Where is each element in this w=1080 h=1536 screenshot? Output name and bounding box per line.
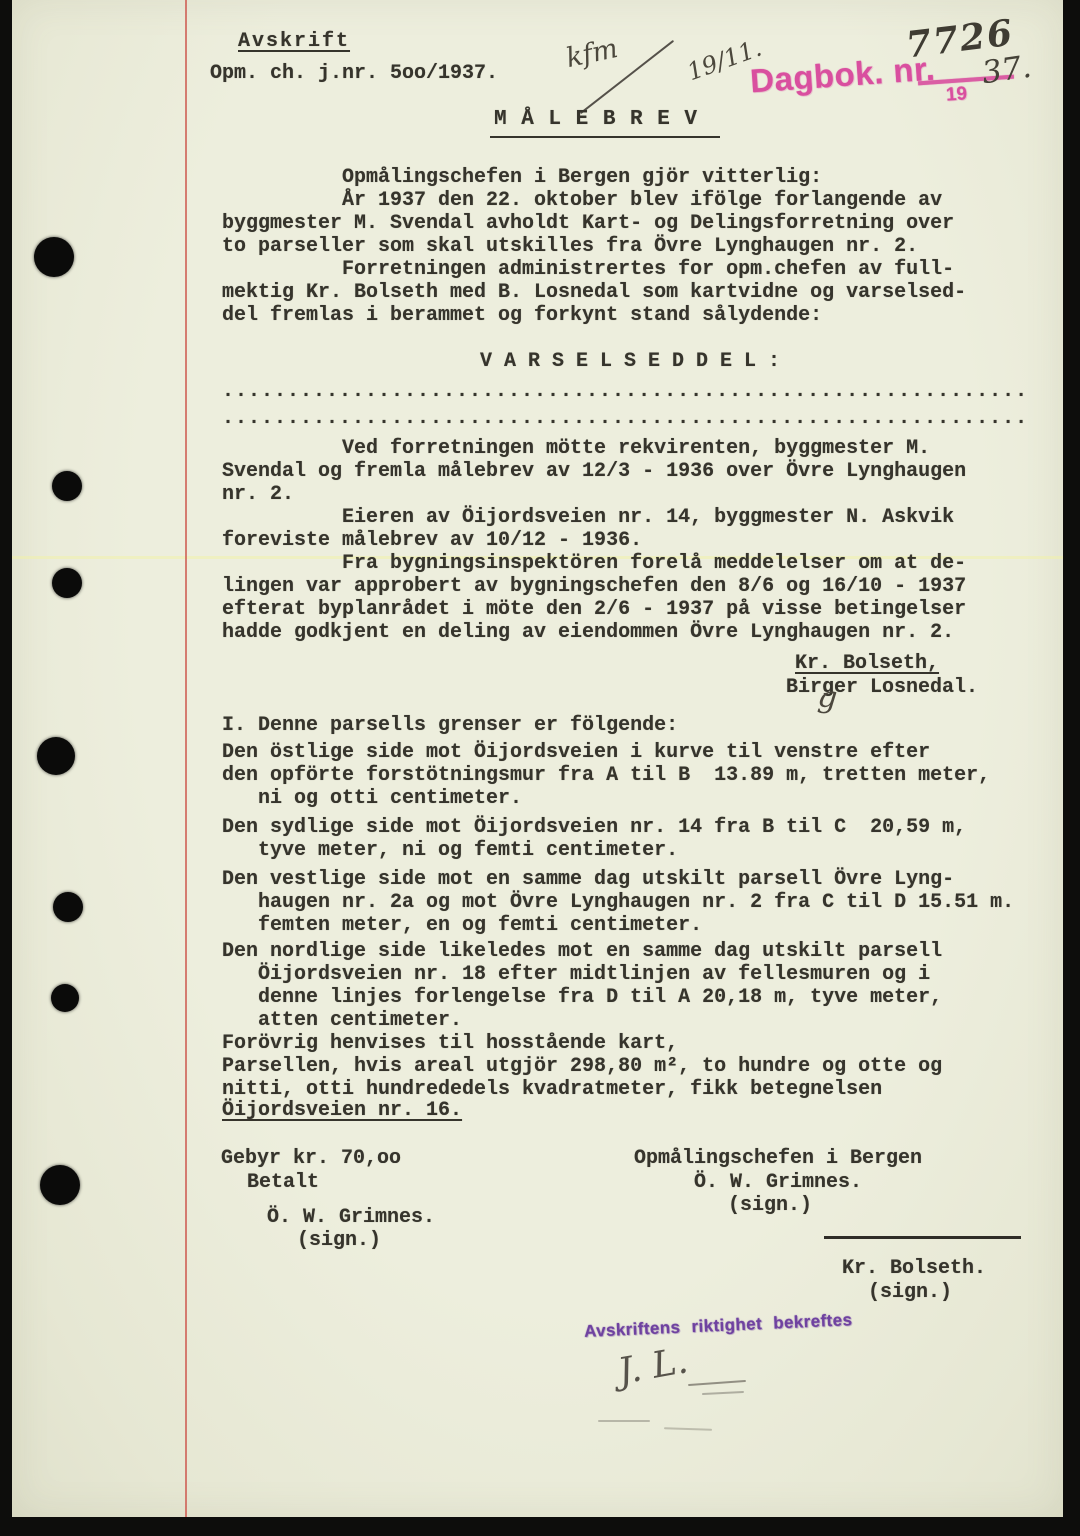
punch-hole (40, 1165, 80, 1205)
deputy-name: Kr. Bolseth. (842, 1257, 986, 1280)
punch-hole (52, 568, 82, 598)
office-signer-name: Ö. W. Grimnes. (694, 1171, 862, 1194)
fee-amount: Gebyr kr. 70,oo (221, 1147, 401, 1170)
dotted-line: ........................................… (222, 407, 1028, 430)
fee-signer-name: Ö. W. Grimnes. (267, 1206, 435, 1229)
punch-hole (52, 471, 82, 501)
scanned-document-page: { "header": { "avskrift": "Avskrift", "j… (0, 0, 1080, 1536)
boundaries-intro: I. Denne parsells grenser er fölgende: (222, 714, 678, 737)
dotted-line: ........................................… (222, 380, 1028, 403)
boundary-south: Den sydlige side mot Öijordsveien nr. 14… (222, 816, 966, 862)
office-title: Opmålingschefen i Bergen (634, 1147, 922, 1170)
paragraph-approval: Fra bygningsinspektören forelå meddelels… (222, 552, 966, 644)
document-title-text: M Å L E B R E V (490, 108, 720, 138)
paragraph-meeting: Ved forretningen mötte rekvirenten, bygg… (222, 437, 966, 552)
document-title: M Å L E B R E V (494, 108, 720, 131)
boundary-west: Den vestlige side mot en samme dag utski… (222, 868, 1014, 937)
varselseddel-heading: V A R S E L S E D D E L : (480, 350, 780, 373)
boundary-east: Den östlige side mot Öijordsveien i kurv… (222, 741, 990, 810)
punch-hole (53, 892, 83, 922)
signature-name-bolseth: Kr. Bolseth, (795, 652, 939, 675)
handwritten-correction-g: g (816, 679, 839, 716)
paragraph-opening: Opmålingschefen i Bergen gjör vitterlig:… (222, 166, 966, 327)
boundary-north: Den nordlige side likeledes mot en samme… (222, 940, 942, 1032)
map-reference-note: Forövrig henvises til hosstående kart, (222, 1032, 678, 1055)
signature-name-losnedal: Birger Losnedal. (786, 676, 978, 699)
fee-sign-label: (sign.) (297, 1229, 381, 1252)
avskrift-label: Avskrift (238, 30, 350, 53)
office-sign-label: (sign.) (728, 1194, 812, 1217)
fee-paid-label: Betalt (247, 1171, 319, 1194)
journal-number: Opm. ch. j.nr. 5oo/1937. (210, 62, 498, 85)
punch-hole (37, 737, 75, 775)
punch-hole (51, 984, 79, 1012)
area-statement: Parsellen, hvis areal utgjör 298,80 m², … (222, 1055, 942, 1101)
deputy-sign-label: (sign.) (868, 1281, 952, 1304)
property-designation: Öijordsveien nr. 16. (222, 1099, 462, 1122)
punch-hole (34, 237, 74, 277)
handwritten-year: 37. (980, 49, 1034, 92)
signature-rule (824, 1236, 1021, 1239)
diary-stamp-year-prefix: 19 (945, 83, 968, 106)
red-margin-line (185, 0, 187, 1517)
pencil-flourish (598, 1420, 650, 1422)
